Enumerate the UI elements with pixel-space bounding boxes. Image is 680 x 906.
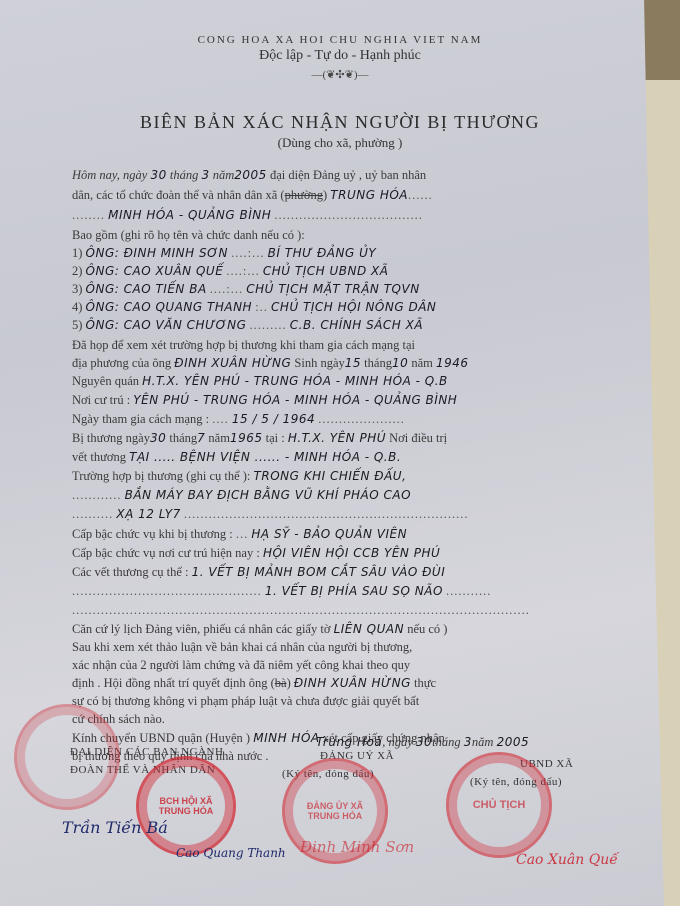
case-line-2: địa phương của ông ĐINH XUÂN HỪNG Sinh n… bbox=[72, 356, 612, 371]
label: Các vết thương cụ thể : bbox=[72, 565, 188, 579]
rank-now-line: Cấp bậc chức vụ nơi cư trú hiện nay : HỘ… bbox=[72, 546, 612, 561]
handwritten-day: 30 bbox=[416, 735, 432, 749]
label: Cấp bậc chức vụ nơi cư trú hiện nay : bbox=[72, 546, 260, 560]
conclusion-line-3: xác nhận của 2 người làm chứng và đã niê… bbox=[72, 658, 612, 673]
handwritten-rank-now: HỘI VIÊN HỘI CCB YÊN PHÚ bbox=[263, 546, 440, 560]
document-page: CONG HOA XA HOI CHU NGHIA VIET NAM Độc l… bbox=[0, 0, 664, 906]
handwritten-person-name: ĐINH XUÂN HỪNG bbox=[294, 676, 411, 690]
member-name: ÔNG: CAO XUÂN QUẾ bbox=[86, 264, 224, 278]
signing-date-line: Trung Hoá, ngày 30tháng 3năm 2005 bbox=[316, 735, 616, 750]
label: Nơi điều trị bbox=[389, 431, 447, 445]
intro-line-3: ........ MINH HÓA - QUẢNG BÌNH .........… bbox=[72, 208, 612, 223]
label: tại : bbox=[266, 431, 285, 445]
official-stamp-association: BCH HỘI XÃ TRUNG HÓA bbox=[136, 756, 236, 856]
stamp-text: BCH HỘI XÃ TRUNG HÓA bbox=[156, 796, 216, 816]
circumstance-line-3: .......... XẠ 12 LY7 ...................… bbox=[72, 507, 612, 522]
label: ) bbox=[323, 188, 327, 202]
label: đại diện Đảng uỷ , uỷ ban nhân bbox=[270, 168, 426, 182]
signature-1: Trần Tiến Bá bbox=[62, 818, 168, 837]
stamp-text: CHỦ TỊCH bbox=[473, 799, 526, 811]
document-title: BIÊN BẢN XÁC NHẬN NGƯỜI BỊ THƯƠNG bbox=[0, 112, 680, 133]
member-number: 3) bbox=[72, 282, 82, 296]
label: tháng bbox=[170, 168, 198, 182]
handwritten-year: 2005 bbox=[497, 735, 530, 749]
intro-line-1: Hôm nay, ngày 30 tháng 3 năm2005 đại diệ… bbox=[72, 168, 612, 183]
signature-3: Đinh Minh Sơn bbox=[300, 838, 414, 856]
rank-injured-line: Cấp bậc chức vụ khi bị thương : ... HẠ S… bbox=[72, 527, 612, 542]
handwritten-injury-year: 1965 bbox=[230, 431, 263, 445]
handwritten-residence: YÊN PHÚ - TRUNG HÓA - MINH HÓA - QUẢNG B… bbox=[133, 393, 457, 407]
handwritten-related: LIÊN QUAN bbox=[334, 622, 405, 636]
member-number: 5) bbox=[72, 318, 82, 332]
intro-line-2: dân, các tổ chức đoàn thể và nhân dân xã… bbox=[72, 188, 612, 203]
circumstance-line-2: ............ BẮN MÁY BAY ĐỊCH BẰNG VŨ KH… bbox=[72, 488, 612, 503]
stamp-text: ĐẢNG ỦY XÃ TRUNG HÓA bbox=[302, 801, 368, 821]
handwritten-birth-year: 1946 bbox=[436, 356, 469, 370]
label: Nguyên quán bbox=[72, 374, 139, 388]
label: Bị thương ngày bbox=[72, 431, 150, 445]
handwritten-rank-injured: HẠ SỸ - BẢO QUẢN VIÊN bbox=[251, 527, 407, 541]
member-number: 4) bbox=[72, 300, 82, 314]
handwritten-wound: 1. VẾT BỊ PHÍA SAU SỌ NÃO bbox=[265, 584, 443, 598]
member-row: 3) ÔNG: CAO TIẾN BA ....:... CHỦ TỊCH MẶ… bbox=[72, 282, 612, 297]
handwritten-circumstance: BẮN MÁY BAY ĐỊCH BẰNG VŨ KHÍ PHÁO CAO bbox=[125, 488, 411, 502]
label: năm bbox=[208, 431, 230, 445]
member-role: BÍ THƯ ĐẢNG ỦY bbox=[268, 246, 377, 260]
conclusion-line-6: cứ chính sách nào. bbox=[72, 712, 612, 727]
handwritten-district: MINH HÓA - QUẢNG BÌNH bbox=[108, 208, 271, 222]
conclusion-line-4: định . Hội đồng nhất trí quyết định ông … bbox=[72, 676, 612, 691]
handwritten-birth-day: 15 bbox=[345, 356, 361, 370]
signature-2: Cao Quang Thanh bbox=[176, 846, 286, 860]
handwritten-injury-month: 7 bbox=[197, 431, 205, 445]
case-line-1: Đã họp để xem xét trường hợp bị thương k… bbox=[72, 338, 612, 353]
document-subtitle: (Dùng cho xã, phường ) bbox=[0, 135, 680, 151]
dots: ...... bbox=[408, 188, 433, 202]
member-row: 1) ÔNG: ĐINH MINH SƠN ....:... BÍ THƯ ĐẢ… bbox=[72, 246, 612, 261]
label: Hôm nay, ngày bbox=[72, 168, 147, 182]
handwritten-circumstance: XẠ 12 LY7 bbox=[116, 507, 180, 521]
label: tháng bbox=[432, 735, 460, 749]
official-stamp-committee: CHỦ TỊCH bbox=[446, 752, 552, 858]
label: Nơi cư trú : bbox=[72, 393, 130, 407]
label: Cấp bậc chức vụ khi bị thương : bbox=[72, 527, 233, 541]
label: thực bbox=[414, 676, 436, 690]
label: năm bbox=[213, 168, 235, 182]
member-role: CHỦ TỊCH UBND XÃ bbox=[263, 264, 389, 278]
member-row: 2) ÔNG: CAO XUÂN QUẾ ....:... CHỦ TỊCH U… bbox=[72, 264, 612, 279]
handwritten-year: 2005 bbox=[234, 168, 267, 182]
blank-dots-line: ........................................… bbox=[72, 603, 612, 618]
injury-date-line: Bị thương ngày30 tháng7 năm1965 tại : H.… bbox=[72, 431, 612, 446]
member-role: C.B. CHÍNH SÁCH XÃ bbox=[290, 318, 423, 332]
wounds-line-2: ........................................… bbox=[72, 584, 612, 599]
handwritten-hometown: H.T.X. YÊN PHÚ - TRUNG HÓA - MINH HÓA - … bbox=[142, 374, 448, 388]
members-label: Bao gồm (ghi rõ họ tên và chức danh nếu … bbox=[72, 228, 612, 243]
ornament-divider: —(❦✣❦)— bbox=[0, 68, 680, 81]
member-role: CHỦ TỊCH MẶT TRẬN TQVN bbox=[246, 282, 419, 296]
label: ) bbox=[287, 676, 291, 690]
handwritten-person-name: ĐINH XUÂN HỪNG bbox=[174, 356, 291, 370]
official-stamp-left-faded bbox=[14, 704, 120, 810]
label: vết thương bbox=[72, 450, 126, 464]
dots: ........ bbox=[72, 208, 105, 222]
handwritten-district: MINH HÓA bbox=[253, 731, 319, 745]
member-row: 5) ÔNG: CAO VĂN CHƯƠNG ......... C.B. CH… bbox=[72, 318, 612, 333]
circumstance-line-1: Trường hợp bị thương (ghi cụ thể ): TRON… bbox=[72, 469, 612, 484]
handwritten-wound: 1. VẾT BỊ MẢNH BOM CẮT SÂU VÀO ĐÙI bbox=[192, 565, 446, 579]
dots: .................................... bbox=[274, 208, 423, 222]
handwritten-circumstance: TRONG KHI CHIẾN ĐẤU, bbox=[254, 469, 407, 483]
conclusion-line-1: Căn cứ lý lịch Đảng viên, phiếu cá nhân … bbox=[72, 622, 612, 637]
join-date-line: Ngày tham gia cách mạng : .... 15 / 5 / … bbox=[72, 412, 612, 427]
label: , ngày bbox=[382, 735, 413, 749]
label: năm bbox=[472, 735, 494, 749]
label: nếu có ) bbox=[407, 622, 447, 636]
treatment-line: vết thương TẠI ..... BỆNH VIỆN ...... - … bbox=[72, 450, 612, 465]
conclusion-line-2: Sau khi xem xét thảo luận về bản khai cá… bbox=[72, 640, 612, 655]
member-row: 4) ÔNG: CAO QUANG THANH :.. CHỦ TỊCH HỘI… bbox=[72, 300, 612, 315]
struck-text: phường bbox=[285, 188, 323, 202]
label: dân, các tổ chức đoàn thể và nhân dân xã… bbox=[72, 188, 285, 202]
member-name: ÔNG: CAO VĂN CHƯƠNG bbox=[86, 318, 247, 332]
conclusion-line-5: sự có bị thương không vi phạm pháp luật … bbox=[72, 694, 612, 709]
motto: Độc lập - Tự do - Hạnh phúc bbox=[0, 48, 680, 64]
struck-text: bà bbox=[275, 676, 287, 690]
signature-4: Cao Xuân Quế bbox=[516, 852, 618, 868]
wounds-line-1: Các vết thương cụ thể : 1. VẾT BỊ MẢNH B… bbox=[72, 565, 612, 580]
member-number: 2) bbox=[72, 264, 82, 278]
label: địa phương của ông bbox=[72, 356, 171, 370]
handwritten-month: 3 bbox=[464, 735, 472, 749]
member-number: 1) bbox=[72, 246, 82, 260]
label: tháng bbox=[364, 356, 392, 370]
handwritten-birth-month: 10 bbox=[392, 356, 408, 370]
label: Căn cứ lý lịch Đảng viên, phiếu cá nhân … bbox=[72, 622, 330, 636]
handwritten-month: 3 bbox=[201, 168, 209, 182]
country-heading: CONG HOA XA HOI CHU NGHIA VIET NAM bbox=[0, 34, 680, 46]
handwritten-treatment-place: TẠI ..... BỆNH VIỆN ...... - MINH HÓA - … bbox=[129, 450, 401, 464]
handwritten-injury-day: 30 bbox=[150, 431, 166, 445]
label: năm bbox=[411, 356, 433, 370]
handwritten-place: Trung Hoá bbox=[316, 735, 382, 749]
residence-line: Nơi cư trú : YÊN PHÚ - TRUNG HÓA - MINH … bbox=[72, 393, 612, 408]
member-name: ÔNG: CAO QUANG THANH bbox=[86, 300, 253, 314]
handwritten-injury-place: H.T.X. YÊN PHÚ bbox=[288, 431, 386, 445]
handwritten-commune: TRUNG HÓA bbox=[330, 188, 408, 202]
member-name: ÔNG: CAO TIẾN BA bbox=[86, 282, 207, 296]
handwritten-day: 30 bbox=[150, 168, 166, 182]
label: tháng bbox=[169, 431, 197, 445]
label: định . Hội đồng nhất trí quyết định ông … bbox=[72, 676, 275, 690]
handwritten-join-date: 15 / 5 / 1964 bbox=[232, 412, 315, 426]
label: Trường hợp bị thương (ghi cụ thể ): bbox=[72, 469, 250, 483]
label: Ngày tham gia cách mạng : bbox=[72, 412, 209, 426]
hometown-line: Nguyên quán H.T.X. YÊN PHÚ - TRUNG HÓA -… bbox=[72, 374, 612, 389]
label: Sinh ngày bbox=[294, 356, 344, 370]
member-role: CHỦ TỊCH HỘI NÔNG DÂN bbox=[271, 300, 436, 314]
member-name: ÔNG: ĐINH MINH SƠN bbox=[86, 246, 229, 260]
